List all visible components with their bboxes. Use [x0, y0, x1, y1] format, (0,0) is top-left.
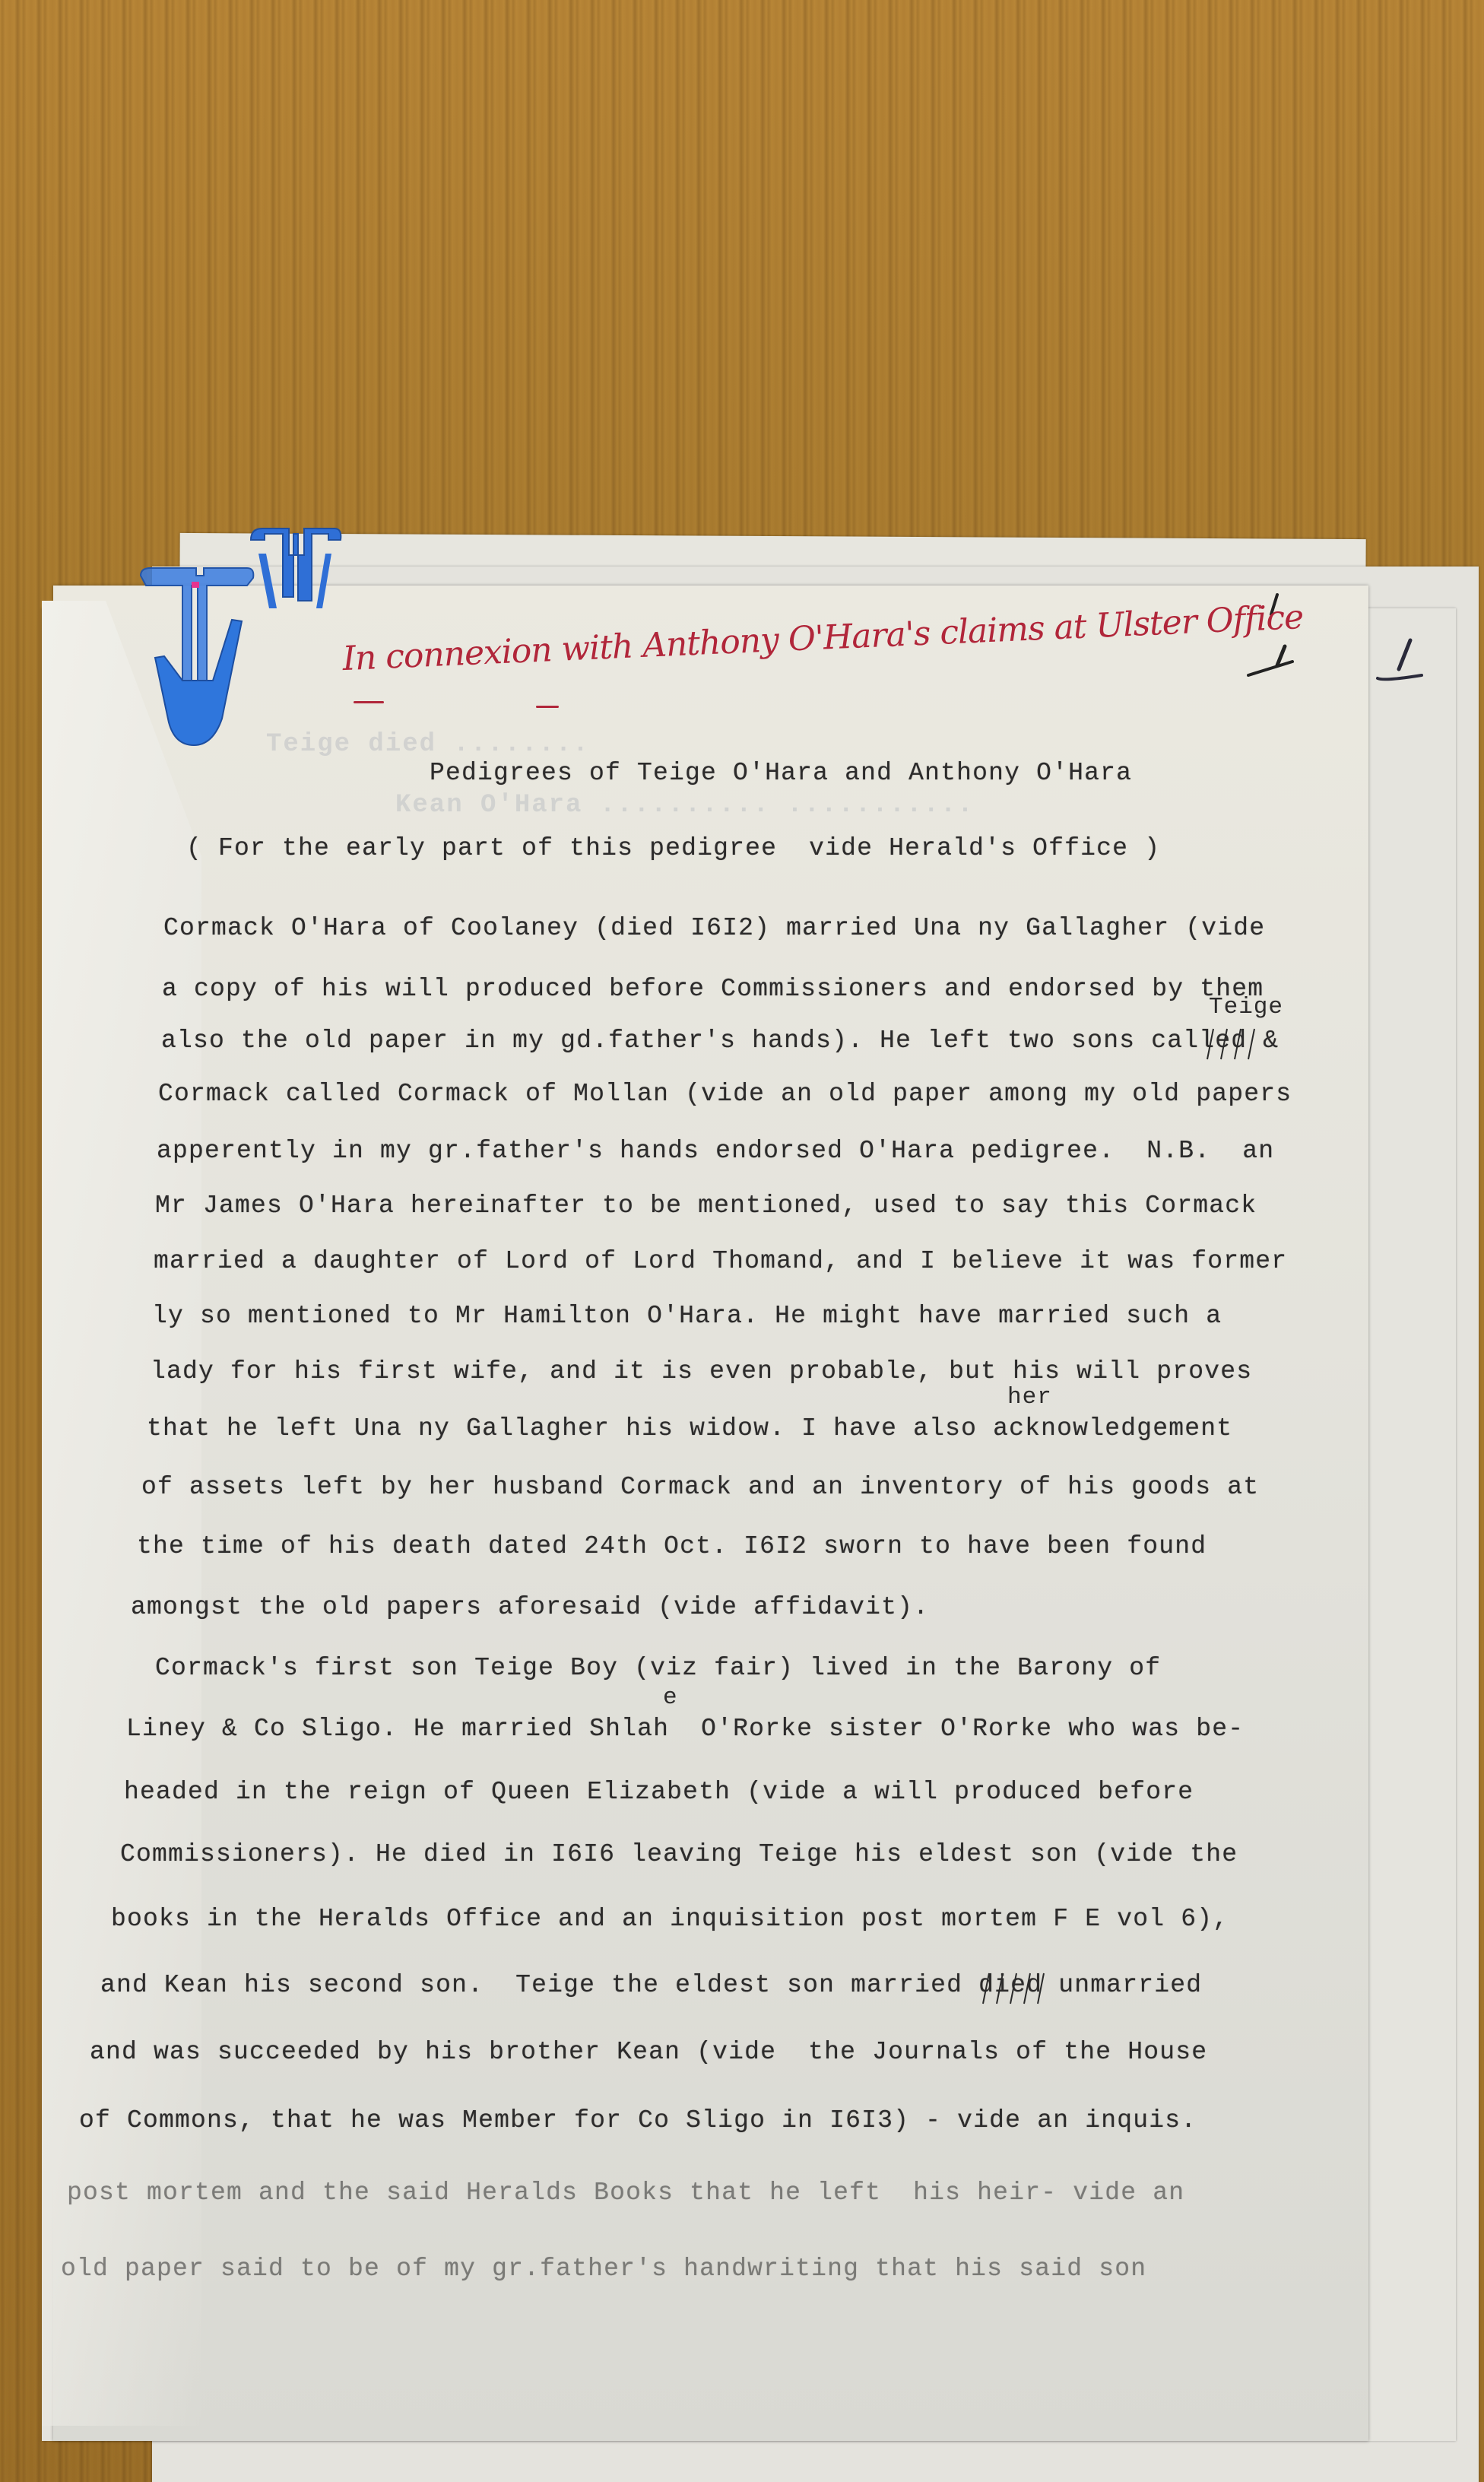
interlinear-insertion: her — [1007, 1384, 1052, 1411]
text-line: Commissioners). He died in I6I6 leaving … — [120, 1840, 1238, 1868]
document-subtitle: ( For the early part of this pedigree vi… — [186, 834, 1160, 862]
text-line: married a daughter of Lord of Lord Thoma… — [154, 1247, 1287, 1275]
text-line: Cormack's first son Teige Boy (viz fair)… — [91, 1654, 1161, 1682]
text-line: also the old paper in my gd.father's han… — [161, 1027, 1279, 1055]
text-line: that he left Una ny Gallagher his widow.… — [147, 1414, 1232, 1443]
text-line: books in the Heralds Office and an inqui… — [111, 1905, 1229, 1933]
interlinear-insertion: e — [663, 1684, 678, 1711]
text-line: Cormack called Cormack of Mollan (vide a… — [158, 1080, 1292, 1108]
document-title: Pedigrees of Teige O'Hara and Anthony O'… — [430, 759, 1132, 787]
interlinear-insertion: Teige — [1209, 994, 1283, 1020]
text-line: of Commons, that he was Member for Co Sl… — [79, 2106, 1197, 2134]
typed-text-body: Pedigrees of Teige O'Hara and Anthony O'… — [0, 0, 1484, 2482]
text-line: lady for his first wife, and it is even … — [151, 1357, 1252, 1385]
text-line: and was succeeded by his brother Kean (v… — [90, 2038, 1207, 2066]
text-line: Mr James O'Hara hereinafter to be mentio… — [155, 1192, 1257, 1220]
text-line: amongst the old papers aforesaid (vide a… — [131, 1593, 929, 1621]
strikethrough-mark — [1200, 1025, 1268, 1063]
text-line: headed in the reign of Queen Elizabeth (… — [124, 1778, 1194, 1806]
text-line: post mortem and the said Heralds Books t… — [67, 2179, 1184, 2207]
text-line: a copy of his will produced before Commi… — [162, 975, 1264, 1003]
text-line: the time of his death dated 24th Oct. I6… — [137, 1532, 1207, 1560]
text-line: of assets left by her husband Cormack an… — [141, 1473, 1259, 1501]
strikethrough-mark — [977, 1969, 1061, 2007]
text-line: old paper said to be of my gr.father's h… — [61, 2255, 1146, 2283]
text-line: ly so mentioned to Mr Hamilton O'Hara. H… — [152, 1302, 1222, 1330]
text-line: Cormack O'Hara of Coolaney (died I6I2) m… — [163, 914, 1265, 942]
text-line: apperently in my gr.father's hands endor… — [157, 1137, 1274, 1165]
text-line: Liney & Co Sligo. He married Shlah O'Ror… — [126, 1715, 1244, 1743]
